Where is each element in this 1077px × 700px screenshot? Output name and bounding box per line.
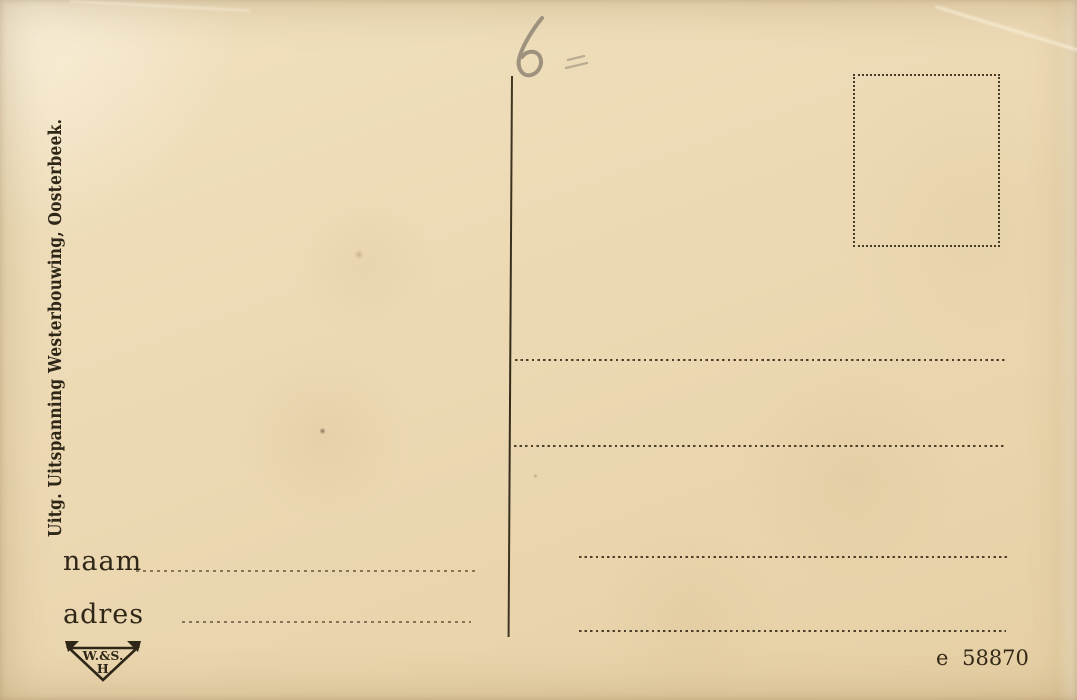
name-dotted-line xyxy=(136,570,477,572)
address-line-3 xyxy=(579,556,1007,558)
paper-crease-top-left xyxy=(70,0,250,11)
divider-line xyxy=(508,76,514,637)
address-line-4 xyxy=(579,630,1006,632)
address-dotted-line xyxy=(182,621,471,623)
logo-text-line2: H. xyxy=(97,661,113,676)
printer-logo: W.&S. H. xyxy=(65,640,141,682)
paper-crease-top-right xyxy=(935,5,1077,57)
publisher-line: Uitg. Uitspanning Westerbouwing, Oosterb… xyxy=(46,119,66,537)
address-line-2 xyxy=(514,445,1006,447)
ink-speck xyxy=(318,427,327,435)
address-label: adres xyxy=(63,599,144,630)
serial-number: e 58870 xyxy=(936,646,1029,670)
stamp-box xyxy=(853,74,1000,247)
pencil-dash xyxy=(566,56,587,68)
handwritten-pencil-mark: 6 xyxy=(500,12,610,84)
address-line-1 xyxy=(515,359,1007,361)
name-label: naam xyxy=(63,546,142,577)
paper-stain xyxy=(533,474,538,478)
postcard-back: Uitg. Uitspanning Westerbouwing, Oosterb… xyxy=(0,0,1077,700)
paper-stain xyxy=(354,250,364,259)
